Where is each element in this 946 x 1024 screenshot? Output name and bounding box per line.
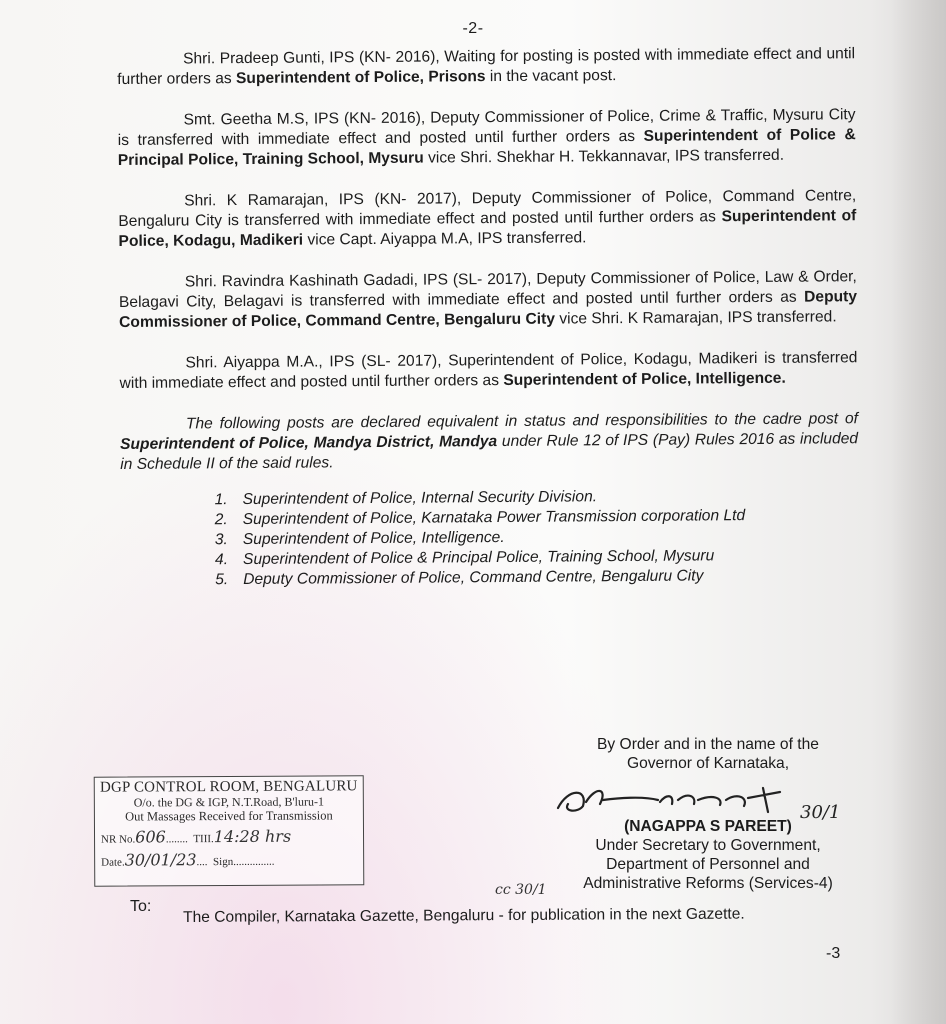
order-line: By Order and in the name of the — [538, 735, 878, 754]
stamp-subtitle: Out Massages Received for Transmission — [95, 808, 363, 823]
posting-paragraph: Shri. Pradeep Gunti, IPS (KN- 2016), Wai… — [117, 44, 855, 90]
designation-line: Department of Personnel and — [538, 855, 878, 874]
received-time: 14:28 hrs — [214, 827, 291, 846]
posting-paragraph: Smt. Geetha M.S, IPS (KN- 2016), Deputy … — [117, 105, 855, 171]
list-item: 5.Deputy Commissioner of Police, Command… — [243, 565, 859, 590]
order-body: Shri. Pradeep Gunti, IPS (KN- 2016), Wai… — [117, 44, 859, 591]
cc-annotation: cc 30/1 — [495, 882, 547, 898]
stamp-row-nr: NR No.606........ TIII.14:28 hrs — [101, 826, 363, 846]
recipient-text: The Compiler, Karnataka Gazette, Bengalu… — [183, 904, 855, 928]
control-room-stamp: DGP CONTROL ROOM, BENGALURU O/o. the DG … — [94, 775, 365, 886]
next-page-marker: -3 — [826, 945, 840, 963]
paragraph-text: vice Capt. Aiyappa M.A, IPS transferred. — [303, 229, 587, 248]
posting-paragraph: Shri. Ravindra Kashinath Gadadi, IPS (SL… — [119, 267, 857, 333]
order-line: Governor of Karnataka, — [538, 754, 878, 773]
paragraph-text: The following posts are declared equival… — [186, 410, 858, 432]
paragraph-text: Shri. Ravindra Kashinath Gadadi, IPS (SL… — [119, 268, 857, 311]
nr-number: 606 — [135, 827, 166, 846]
to-label: To: — [130, 898, 151, 916]
posting-paragraph: Shri. Aiyappa M.A., IPS (SL- 2017), Supe… — [119, 348, 857, 394]
equivalent-posts-list: 1.Superintendent of Police, Internal Sec… — [120, 485, 859, 591]
paragraph-text: vice Shri. K Ramarajan, IPS transferred. — [555, 308, 837, 327]
posting-title: Superintendent of Police, Intelligence. — [503, 370, 786, 389]
stamp-row-date: Date.30/01/23.... Sign............... — [101, 849, 363, 869]
cadre-post: Superintendent of Police, Mandya Distric… — [120, 433, 497, 453]
designation-line: Under Secretary to Government, — [538, 836, 878, 855]
signature-icon — [548, 778, 828, 818]
designation-line: Administrative Reforms (Services-4) — [538, 874, 878, 893]
signature-date: 30/1 — [800, 802, 840, 823]
posting-title: Superintendent of Police, Prisons — [236, 68, 486, 87]
document-page: -2- Shri. Pradeep Gunti, IPS (KN- 2016),… — [0, 0, 946, 1024]
page-number: -2- — [0, 20, 946, 38]
received-date: 30/01/23 — [125, 850, 197, 869]
equivalence-paragraph: The following posts are declared equival… — [120, 409, 858, 475]
paragraph-text: in the vacant post. — [485, 67, 616, 85]
page-shadow-edge — [891, 0, 946, 1024]
posting-paragraph: Shri. K Ramarajan, IPS (KN- 2017), Deput… — [118, 186, 856, 252]
paragraph-text: vice Shri. Shekhar H. Tekkannavar, IPS t… — [424, 147, 784, 167]
